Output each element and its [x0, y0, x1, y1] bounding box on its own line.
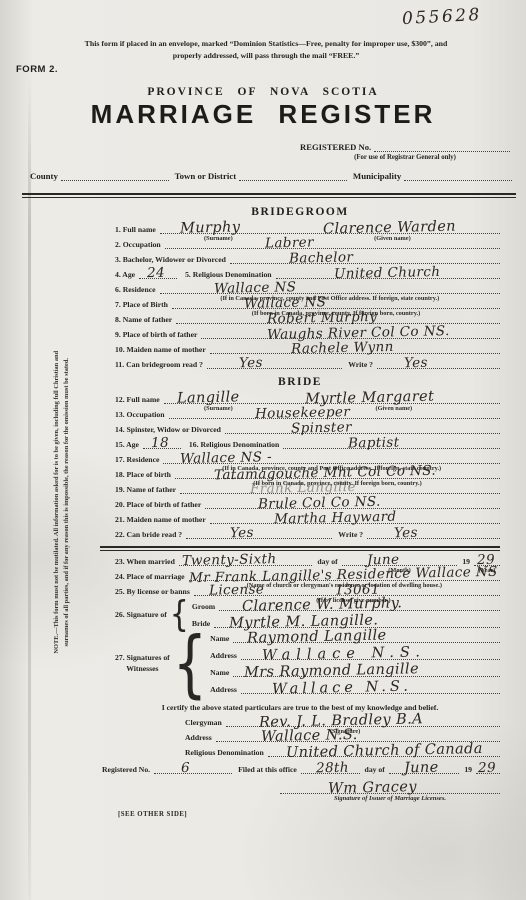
- brace: {: [173, 635, 207, 693]
- serial-number-handwriting: 055628: [402, 5, 483, 29]
- bride-status-line: Spinster: [225, 425, 500, 434]
- bridegroom-birthplace-label: 7. Place of Birth: [115, 301, 172, 309]
- groom-signature-line: Clarence W. Murphy.: [219, 602, 500, 611]
- bridegroom-father-birthplace-line: Waughs River Col Co NS.: [201, 330, 500, 339]
- bridegroom-write-label: Write ?: [342, 361, 377, 369]
- signature-of-label: 26. Signature of: [115, 610, 167, 621]
- witness-address-label: Address: [210, 652, 241, 660]
- bride-fullname-label: 12. Full name: [115, 396, 164, 404]
- witness-name-label: Name: [210, 635, 233, 643]
- registered-label: Registered No.: [102, 766, 154, 774]
- bridegroom-father-line: Robert Murphy: [176, 315, 500, 324]
- filed-month-handwriting: June: [404, 760, 439, 777]
- bride-mother-row: 21. Maiden name of mother Martha Hayward: [115, 515, 500, 524]
- county-line: [61, 172, 169, 181]
- bride-write-label: Write ?: [332, 531, 367, 539]
- bride-mother-line: Martha Hayward: [210, 515, 500, 524]
- bridegroom-residence-line: Wallace NS (If in Canada, province, coun…: [160, 285, 500, 294]
- bride-age-line: 18: [143, 440, 181, 449]
- bridegroom-mother-line: Rachele Wynn: [210, 345, 500, 354]
- witness2-name-row: Name Mrs Raymond Langille: [210, 668, 500, 677]
- bride-heading: BRIDE: [100, 376, 500, 389]
- bride-write-line: Yes: [367, 530, 500, 539]
- bride-status-row: 14. Spinster, Widow or Divorced Spinster: [115, 425, 500, 434]
- bridegroom-age-religion-row: 4. Age 24 5. Religious Denomination Unit…: [115, 270, 500, 279]
- year-prefix: 19: [459, 766, 476, 774]
- denomination-line: United Church of Canada: [268, 748, 500, 757]
- clergyman-label: Clergyman: [185, 719, 226, 727]
- registered-no-line: [374, 143, 510, 152]
- see-other-side-note: [SEE OTHER SIDE]: [118, 811, 500, 818]
- clergyman-row: Clergyman Rev. J. L. Bradley B.A (Signat…: [185, 718, 500, 727]
- bride-fullname-row: 12. Full name Langille Myrtle Margaret (…: [115, 395, 500, 404]
- filed-year-handwriting: 29: [478, 760, 496, 776]
- bridegroom-occupation-line: Labrer: [165, 240, 500, 249]
- witness2-address-row: Address Wallace N.S.: [210, 685, 500, 694]
- filing-row: Registered No. 6 Filed at this office 28…: [102, 765, 500, 774]
- top-double-rule: [22, 193, 516, 198]
- day-of-label: day of: [312, 558, 341, 566]
- bride-residence-row: 17. Residence Wallace NS - (If in Canada…: [115, 455, 500, 464]
- when-married-label: 23. When married: [115, 558, 179, 566]
- bride-mother-label: 21. Maiden name of mother: [115, 516, 210, 524]
- bride-father-birthplace-line: Brule Col Co NS.: [205, 500, 500, 509]
- mail-instruction-line2: properly addressed, will pass through th…: [34, 50, 498, 62]
- place-of-marriage-row: 24. Place of marriage Mr Frank Langille'…: [115, 572, 500, 581]
- bride-occupation-line: Housekeeper: [169, 410, 500, 419]
- bride-status-handwriting: Spinster: [291, 419, 352, 436]
- bride-religion-handwriting: Baptist: [348, 434, 400, 451]
- bride-fullname-line: Langille Myrtle Margaret (Surname) (Give…: [164, 395, 500, 404]
- bride-age-label: 15. Age: [115, 441, 143, 449]
- province-heading: PROVINCE OF NOVA SCOTIA: [0, 86, 526, 98]
- bride-write-handwriting: Yes: [394, 525, 418, 541]
- bride-read-line: Yes: [186, 530, 332, 539]
- bride-father-line: Frank Langille: [180, 485, 500, 494]
- filed-month-line: June: [389, 765, 459, 774]
- license-type-handwriting: License: [209, 581, 265, 598]
- bridegroom-residence-label: 6. Residence: [115, 286, 160, 294]
- bride-birthplace-line: Tatamagouche Mnt Col Co NS. (If born in …: [175, 470, 500, 479]
- clergyman-address-label: Address: [185, 734, 216, 742]
- bridegroom-read-handwriting: Yes: [239, 355, 263, 371]
- middle-double-rule: [100, 546, 500, 551]
- filed-day-handwriting: 28th: [316, 760, 349, 777]
- bridegroom-read-label: 11. Can bridegroom read ?: [115, 361, 207, 369]
- bride-religion-label: 16. Religious Denomination: [181, 441, 283, 449]
- witness1-address-row: Address Wallace N.S.: [210, 651, 500, 660]
- bride-religion-line: Baptist: [283, 440, 500, 449]
- bridegroom-fullname-line: Murphy Clarence Warden (Surname) (Given …: [160, 225, 500, 234]
- groom-signature-row: Groom Clarence W. Murphy.: [192, 602, 500, 611]
- bridegroom-religion-label: 5. Religious Denomination: [177, 271, 276, 279]
- municipality-line: [404, 172, 512, 181]
- registered-no-label: REGISTERED No.: [300, 143, 374, 152]
- witnesses-label-line2: Witnesses: [115, 664, 170, 675]
- bridegroom-birthplace-row: 7. Place of Birth Wallace NS (If born in…: [115, 300, 500, 309]
- bride-residence-line: Wallace NS - (If in Canada, province, co…: [163, 455, 500, 464]
- scanned-marriage-register-page: 055628 This form if placed in an envelop…: [0, 0, 526, 900]
- registrar-note: (For use of Registrar General only): [300, 154, 510, 161]
- witness2-name-line: Mrs Raymond Langille: [233, 668, 500, 677]
- register-title: MARRIAGE REGISTER: [0, 99, 526, 130]
- registered-no-block: REGISTERED No. (For use of Registrar Gen…: [300, 143, 510, 161]
- witnesses-label-line1: 27. Signatures of: [115, 653, 170, 664]
- place-of-marriage-label: 24. Place of marriage: [115, 573, 189, 581]
- bridegroom-occupation-row: 2. Occupation Labrer: [115, 240, 500, 249]
- witness-address-label: Address: [210, 686, 241, 694]
- bride-read-label: 22. Can bride read ?: [115, 531, 186, 539]
- paper-fold-line: [28, 80, 31, 900]
- witness1-address-line: Wallace N.S.: [241, 651, 500, 660]
- bridegroom-residence-row: 6. Residence Wallace NS (If in Canada, p…: [115, 285, 500, 294]
- day-of-label: day of: [360, 766, 389, 774]
- witness-signature-group: 27. Signatures of Witnesses { Name Raymo…: [115, 634, 500, 694]
- bridegroom-age-line: 24: [139, 270, 177, 279]
- bride-age-religion-row: 15. Age 18 16. Religious Denomination Ba…: [115, 440, 500, 449]
- bridegroom-religion-handwriting: United Church: [334, 264, 441, 282]
- bride-occupation-label: 13. Occupation: [115, 411, 169, 419]
- form-body: BRIDEGROOM 1. Full name Murphy Clarence …: [100, 206, 500, 818]
- bridegroom-father-birthplace-label: 9. Place of birth of father: [115, 331, 201, 339]
- bridegroom-age-handwriting: 24: [147, 265, 165, 281]
- filed-label: Filed at this office: [232, 766, 301, 774]
- issuer-signature-block: Wm Gracey Signature of Issuer of Marriag…: [280, 785, 500, 794]
- bridegroom-birthplace-line: Wallace NS (If born in Canada, province,…: [172, 300, 500, 309]
- license-line: License 13061 (If by license, give numbe…: [194, 587, 500, 596]
- bridegroom-status-handwriting: Bachelor: [289, 249, 354, 266]
- witness1-name-handwriting: Raymond Langille: [247, 628, 387, 647]
- witness2-address-line: Wallace N.S.: [241, 685, 500, 694]
- witness2-address-handwriting: Wallace N.S.: [272, 679, 412, 698]
- bride-father-birthplace-label: 20. Place of birth of father: [115, 501, 205, 509]
- bride-literacy-row: 22. Can bride read ? Yes Write ? Yes: [115, 530, 500, 539]
- clergyman-denomination-row: Religious Denomination United Church of …: [185, 748, 500, 757]
- bride-age-handwriting: 18: [150, 435, 168, 451]
- bride-signature-line: Myrtle M. Langille.: [214, 619, 500, 628]
- witness1-name-line: Raymond Langille: [233, 634, 500, 643]
- bridegroom-status-line: Bachelor: [230, 255, 500, 264]
- bridegroom-mother-handwriting: Rachele Wynn: [291, 339, 394, 357]
- form-number: FORM 2.: [16, 64, 58, 75]
- registered-number-line: 6: [154, 765, 232, 774]
- bridegroom-write-handwriting: Yes: [404, 355, 428, 371]
- margin-note: NOTE.—This form must not be mutilated. A…: [52, 276, 73, 728]
- county-label: County: [30, 172, 61, 181]
- bridegroom-status-label: 3. Bachelor, Widower or Divorced: [115, 256, 230, 264]
- bride-occupation-row: 13. Occupation Housekeeper: [115, 410, 500, 419]
- certification-statement: I certify the above stated particulars a…: [100, 703, 500, 712]
- bride-birthplace-label: 18. Place of birth: [115, 471, 175, 479]
- bridegroom-father-label: 8. Name of father: [115, 316, 176, 324]
- when-married-day-line: Twenty-Sixth: [179, 557, 312, 566]
- place-of-marriage-line: Mr Frank Langille's Residence Wallace NS…: [189, 572, 500, 581]
- bride-father-birthplace-row: 20. Place of birth of father Brule Col C…: [115, 500, 500, 509]
- clergyman-address-handwriting: Wallace N.S.: [261, 727, 358, 745]
- bridegroom-status-row: 3. Bachelor, Widower or Divorced Bachelo…: [115, 255, 500, 264]
- bridegroom-read-line: Yes: [207, 360, 342, 369]
- bride-signature-row: Bride Myrtle M. Langille.: [192, 619, 500, 628]
- mail-instruction-line1: This form if placed in an envelope, mark…: [34, 38, 498, 50]
- bride-father-label: 19. Name of father: [115, 486, 180, 494]
- bridegroom-mother-label: 10. Maiden name of mother: [115, 346, 210, 354]
- bride-birthplace-row: 18. Place of birth Tatamagouche Mnt Col …: [115, 470, 500, 479]
- margin-note-line1: NOTE.—This form must not be mutilated. A…: [52, 276, 62, 728]
- filed-year-line: 29: [476, 765, 500, 774]
- town-label: Town or District: [169, 172, 240, 181]
- bride-status-label: 14. Spinster, Widow or Divorced: [115, 426, 225, 434]
- bridegroom-occupation-handwriting: Labrer: [265, 234, 314, 251]
- municipality-label: Municipality: [347, 172, 404, 181]
- groom-label: Groom: [192, 603, 219, 611]
- filed-day-line: 28th: [301, 765, 360, 774]
- bridegroom-fullname-row: 1. Full name Murphy Clarence Warden (Sur…: [115, 225, 500, 234]
- witness2-name-handwriting: Mrs Raymond Langille: [244, 661, 419, 681]
- issuer-caption: Signature of Issuer of Marriage Licenses…: [280, 795, 500, 802]
- town-line: [239, 172, 347, 181]
- margin-note-line2: surnames of all parties, and if for any …: [62, 276, 72, 728]
- bridegroom-fullname-label: 1. Full name: [115, 226, 160, 234]
- bridegroom-occupation-label: 2. Occupation: [115, 241, 165, 249]
- bride-mother-handwriting: Martha Hayward: [273, 509, 396, 528]
- clergyman-line: Rev. J. L. Bradley B.A (Signature): [226, 718, 500, 727]
- bridegroom-mother-row: 10. Maiden name of mother Rachele Wynn: [115, 345, 500, 354]
- bridegroom-age-label: 4. Age: [115, 271, 139, 279]
- bridegroom-father-birthplace-row: 9. Place of birth of father Waughs River…: [115, 330, 500, 339]
- bridegroom-literacy-row: 11. Can bridegroom read ? Yes Write ? Ye…: [115, 360, 500, 369]
- bride-read-handwriting: Yes: [230, 525, 254, 541]
- denomination-label: Religious Denomination: [185, 749, 268, 757]
- when-married-day-handwriting: Twenty-Sixth: [181, 551, 276, 569]
- bridegroom-heading: BRIDEGROOM: [100, 206, 500, 219]
- bride-father-row: 19. Name of father Frank Langille: [115, 485, 500, 494]
- issuer-signature-line: Wm Gracey Signature of Issuer of Marriag…: [280, 785, 500, 794]
- mail-instruction-note: This form if placed in an envelope, mark…: [34, 38, 498, 61]
- bridegroom-write-line: Yes: [377, 360, 500, 369]
- witness-name-label: Name: [210, 669, 233, 677]
- denomination-handwriting: United Church of Canada: [286, 741, 483, 761]
- registered-number-handwriting: 6: [180, 760, 189, 776]
- bridegroom-religion-line: United Church: [276, 270, 500, 279]
- witness1-name-row: Name Raymond Langille: [210, 634, 500, 643]
- bride-residence-label: 17. Residence: [115, 456, 163, 464]
- county-row: County Town or District Municipality: [30, 172, 512, 181]
